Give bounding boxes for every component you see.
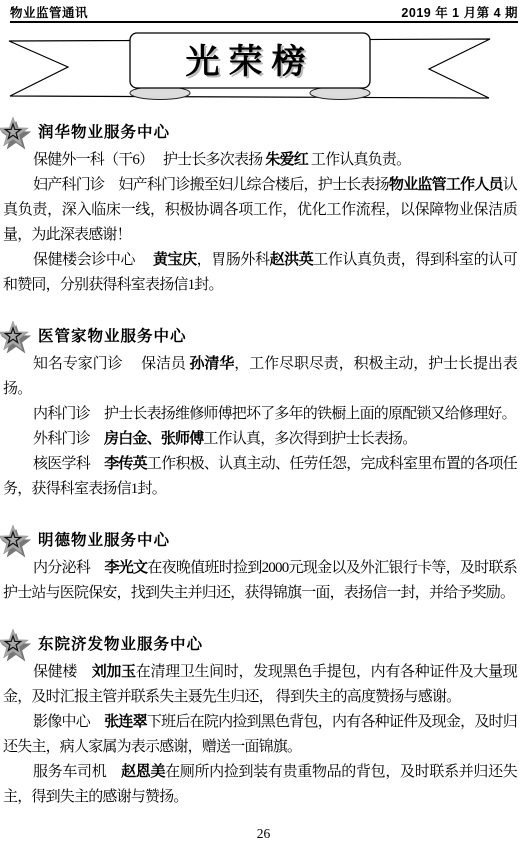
paragraph: 服务车司机 赵恩美在厕所内捡到装有贵重物品的背包，及时联系并归还失主，得到失主的…: [3, 760, 517, 810]
page-number: 26: [0, 826, 527, 842]
highlighted-name: 刘加玉: [92, 664, 136, 680]
sections: 润华物业服务中心保健外一科（干6） 护士长多次表扬 朱爱红 工作认真负责。妇产科…: [3, 114, 517, 830]
text-segment: 保健楼会诊中心: [33, 252, 153, 268]
paragraph: 影像中心 张连翠下班后在院内捡到黑色背包，内有各种证件及现金，及时归还失主，病人…: [3, 710, 517, 760]
text-segment: 内分泌科: [33, 560, 104, 576]
paragraph: 核医学科 李传英工作积极、认真主动、任劳任怨，完成科室里布置的各项任务，获得科室…: [3, 452, 517, 502]
newsletter-page: 物业监管通讯 2019 年 1 月第 4 期 光荣榜 光荣榜 润华物业服务中心保…: [0, 0, 527, 849]
section-title: 东院济发物业服务中心: [38, 632, 203, 654]
section-header: 东院济发物业服务中心: [0, 626, 517, 660]
section-title: 明德物业服务中心: [38, 528, 170, 550]
paragraph: 保健楼 刘加玉在清理卫生间时，发现黑色手提包，内有各种证件及大量现金，及时汇报主…: [3, 660, 517, 710]
highlighted-name: 物业监管工作人员: [389, 177, 503, 193]
paragraph: 保健外一科（干6） 护士长多次表扬 朱爱红 工作认真负责。: [3, 148, 517, 173]
paragraph: 内分泌科 李光文在夜晚值班时捡到2000元现金以及外汇银行卡等，及时联系护士站与…: [3, 556, 517, 606]
star-icon: [0, 627, 32, 663]
star-icon: [0, 319, 32, 355]
text-segment: 工作认真负责。: [308, 152, 410, 168]
highlighted-name: 朱爱红: [265, 152, 308, 168]
text-segment: 保健楼: [33, 664, 92, 680]
paragraph: 妇产科门诊 妇产科门诊搬至妇儿综合楼后，护士长表扬物业监管工作人员认真负责，深入…: [3, 173, 517, 248]
highlighted-name: 赵洪英: [270, 252, 314, 268]
star-icon: [0, 523, 32, 559]
text-segment: 知名专家门诊 保洁员: [33, 356, 190, 372]
highlighted-name: 孙清华: [190, 356, 235, 372]
section: 医管家物业服务中心知名专家门诊 保洁员 孙清华，工作尽职尽责，积极主动，护士长提…: [3, 318, 517, 502]
section: 东院济发物业服务中心保健楼 刘加玉在清理卫生间时，发现黑色手提包，内有各种证件及…: [3, 626, 517, 810]
highlighted-name: 李传英: [104, 456, 147, 472]
highlighted-name: 房白金、张师傅: [104, 431, 203, 447]
star-icon: [0, 115, 32, 151]
issue-label: 2019 年 1 月第 4 期: [401, 3, 518, 21]
text-segment: 核医学科: [33, 456, 104, 472]
section-header: 明德物业服务中心: [0, 522, 517, 556]
highlighted-name: 赵恩美: [121, 764, 165, 780]
banner-title: 光荣榜: [186, 43, 315, 81]
paragraph: 外科门诊 房白金、张师傅工作认真，多次得到护士长表扬。: [3, 427, 517, 452]
section: 润华物业服务中心保健外一科（干6） 护士长多次表扬 朱爱红 工作认真负责。妇产科…: [3, 114, 517, 298]
paragraph: 知名专家门诊 保洁员 孙清华，工作尽职尽责，积极主动，护士长提出表扬。: [3, 352, 517, 402]
text-segment: 影像中心: [33, 714, 104, 730]
running-header: 物业监管通讯 2019 年 1 月第 4 期: [10, 3, 518, 21]
section-header: 医管家物业服务中心: [0, 318, 517, 352]
section: 明德物业服务中心内分泌科 李光文在夜晚值班时捡到2000元现金以及外汇银行卡等，…: [3, 522, 517, 606]
honor-roll-banner: 光荣榜 光荣榜: [0, 30, 527, 106]
paragraph: 保健楼会诊中心 黄宝庆，胃肠外科赵洪英工作认真负责，得到科室的认可和赞同，分别获…: [3, 248, 517, 298]
text-segment: 工作认真，多次得到护士长表扬。: [203, 431, 416, 447]
text-segment: 外科门诊: [33, 431, 104, 447]
section-title: 润华物业服务中心: [38, 120, 170, 142]
text-segment: 妇产科门诊 妇产科门诊搬至妇儿综合楼后，护士长表扬: [33, 177, 389, 193]
text-segment: 保健外一科（干6） 护士长多次表扬: [33, 152, 265, 168]
newsletter-title: 物业监管通讯: [10, 3, 88, 21]
text-segment: 服务车司机: [33, 764, 121, 780]
section-title: 医管家物业服务中心: [38, 324, 187, 346]
highlighted-name: 黄宝庆: [153, 252, 197, 268]
section-header: 润华物业服务中心: [0, 114, 517, 148]
header-rule: [10, 21, 518, 23]
text-segment: ，胃肠外科: [197, 252, 270, 268]
highlighted-name: 张连翠: [104, 714, 147, 730]
paragraph: 内科门诊 护士长表扬维修师傅把坏了多年的铁橱上面的原配锁又给修理好。: [3, 402, 517, 427]
highlighted-name: 李光文: [104, 560, 147, 576]
text-segment: 内科门诊 护士长表扬维修师傅把坏了多年的铁橱上面的原配锁又给修理好。: [33, 406, 516, 422]
